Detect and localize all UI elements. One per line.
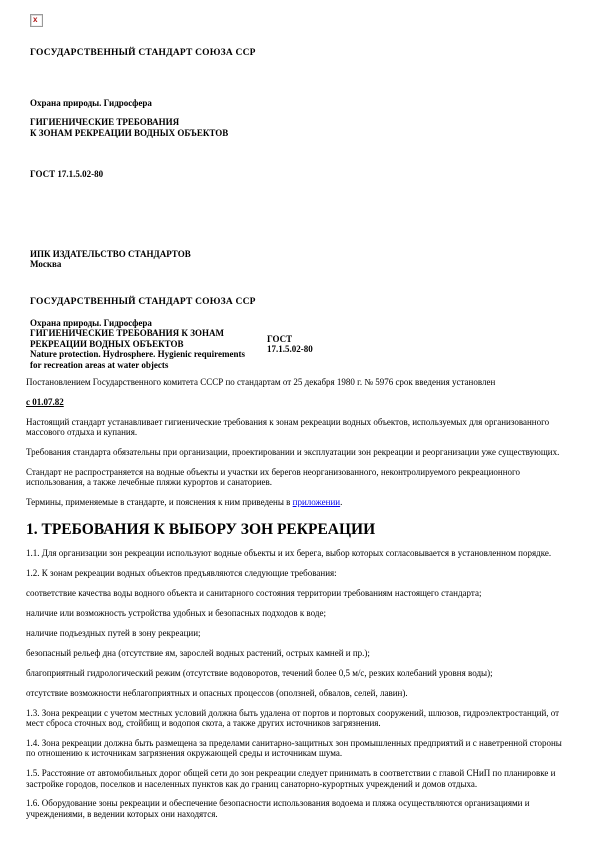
clause-1-2: 1.2. К зонам рекреации водных объектов п… [26, 568, 571, 578]
publisher-city: Москва [30, 259, 571, 270]
requirement-item: соответствие качества воды водного объек… [26, 588, 571, 598]
gost-code: 17.1.5.02-80 [267, 344, 313, 354]
requirement-item: отсутствие возможности неблагоприятных и… [26, 688, 571, 698]
broken-image-x-glyph: x [31, 15, 37, 24]
section1-heading: 1. ТРЕБОВАНИЯ К ВЫБОРУ ЗОН РЕКРЕАЦИИ [26, 521, 571, 539]
terms-text-prefix: Термины, применяемые в стандарте, и пояс… [26, 497, 293, 507]
terms-paragraph: Термины, применяемые в стандарте, и пояс… [26, 497, 571, 507]
clause-1-6: 1.6. Оборудование зоны рекреации и обесп… [26, 798, 571, 819]
gost-document-page: { "page": { "background": "#ffffff", "te… [0, 0, 595, 842]
requirement-item: наличие подъездных путей в зону рекреаци… [26, 628, 571, 638]
title-block-names: Охрана природы. Гидросфера ГИГИЕНИЧЕСКИЕ… [30, 318, 267, 370]
masthead-doc-title-line1: ГИГИЕНИЧЕСКИЕ ТРЕБОВАНИЯ [30, 117, 571, 128]
requirement-item: наличие или возможность устройства удобн… [26, 608, 571, 618]
mandatory-paragraph: Требования стандарта обязательны при орг… [26, 447, 571, 457]
masthead-doc-title-line2: К ЗОНАМ РЕКРЕАЦИИ ВОДНЫХ ОБЪЕКТОВ [30, 128, 571, 139]
clause-1-5: 1.5. Расстояние от автомобильных дорог о… [26, 768, 571, 789]
document-body: Постановлением Государственного комитета… [26, 377, 571, 819]
clause-1-1: 1.1. Для организации зон рекреации испол… [26, 548, 571, 558]
exclusions-paragraph: Стандарт не распространяется на водные о… [26, 467, 571, 488]
clause-1-4: 1.4. Зона рекреации должна быть размещен… [26, 738, 571, 759]
effective-date: с 01.07.82 [26, 397, 64, 407]
masthead-gost-number: ГОСТ 17.1.5.02-80 [30, 169, 571, 180]
title-block-left-line: for recreation areas at water objects [30, 360, 267, 370]
clause-1-3: 1.3. Зона рекреации с учетом местных усл… [26, 708, 571, 729]
title-block: Охрана природы. Гидросфера ГИГИЕНИЧЕСКИЕ… [30, 318, 571, 370]
masthead-org-title: ГОСУДАРСТВЕННЫЙ СТАНДАРТ СОЮЗА ССР [30, 48, 571, 59]
requirement-item: безопасный рельеф дна (отсутствие ям, за… [26, 648, 571, 658]
decree-paragraph: Постановлением Государственного комитета… [26, 377, 571, 387]
gost-word: ГОСТ [267, 334, 313, 344]
title-block-left-line: Nature protection. Hydrosphere. Hygienic… [30, 349, 267, 359]
page-content: x ГОСУДАРСТВЕННЫЙ СТАНДАРТ СОЮЗА ССР Охр… [0, 0, 595, 823]
effective-date-paragraph: с 01.07.82 [26, 397, 571, 407]
publisher-name: ИПК ИЗДАТЕЛЬСТВО СТАНДАРТОВ [30, 249, 571, 260]
title-block-left-line: ГИГИЕНИЧЕСКИЕ ТРЕБОВАНИЯ К ЗОНАМ [30, 328, 267, 338]
title-block-left-line: РЕКРЕАЦИИ ВОДНЫХ ОБЪЕКТОВ [30, 339, 267, 349]
title-block-org-title: ГОСУДАРСТВЕННЫЙ СТАНДАРТ СОЮЗА ССР [30, 297, 571, 308]
requirement-item: благоприятный гидрологический режим (отс… [26, 668, 571, 678]
scope-paragraph: Настоящий стандарт устанавливает гигиени… [26, 417, 571, 438]
appendix-link[interactable]: приложении [293, 497, 340, 507]
broken-image-icon: x [30, 14, 43, 27]
title-block-gost-designation: ГОСТ 17.1.5.02-80 [267, 318, 313, 370]
masthead-subject: Охрана природы. Гидросфера [30, 98, 571, 109]
terms-text-suffix: . [340, 497, 342, 507]
masthead-publisher: ИПК ИЗДАТЕЛЬСТВО СТАНДАРТОВ Москва [30, 249, 571, 270]
title-block-left-line: Охрана природы. Гидросфера [30, 318, 267, 328]
masthead-doc-title: ГИГИЕНИЧЕСКИЕ ТРЕБОВАНИЯ К ЗОНАМ РЕКРЕАЦ… [30, 117, 571, 138]
